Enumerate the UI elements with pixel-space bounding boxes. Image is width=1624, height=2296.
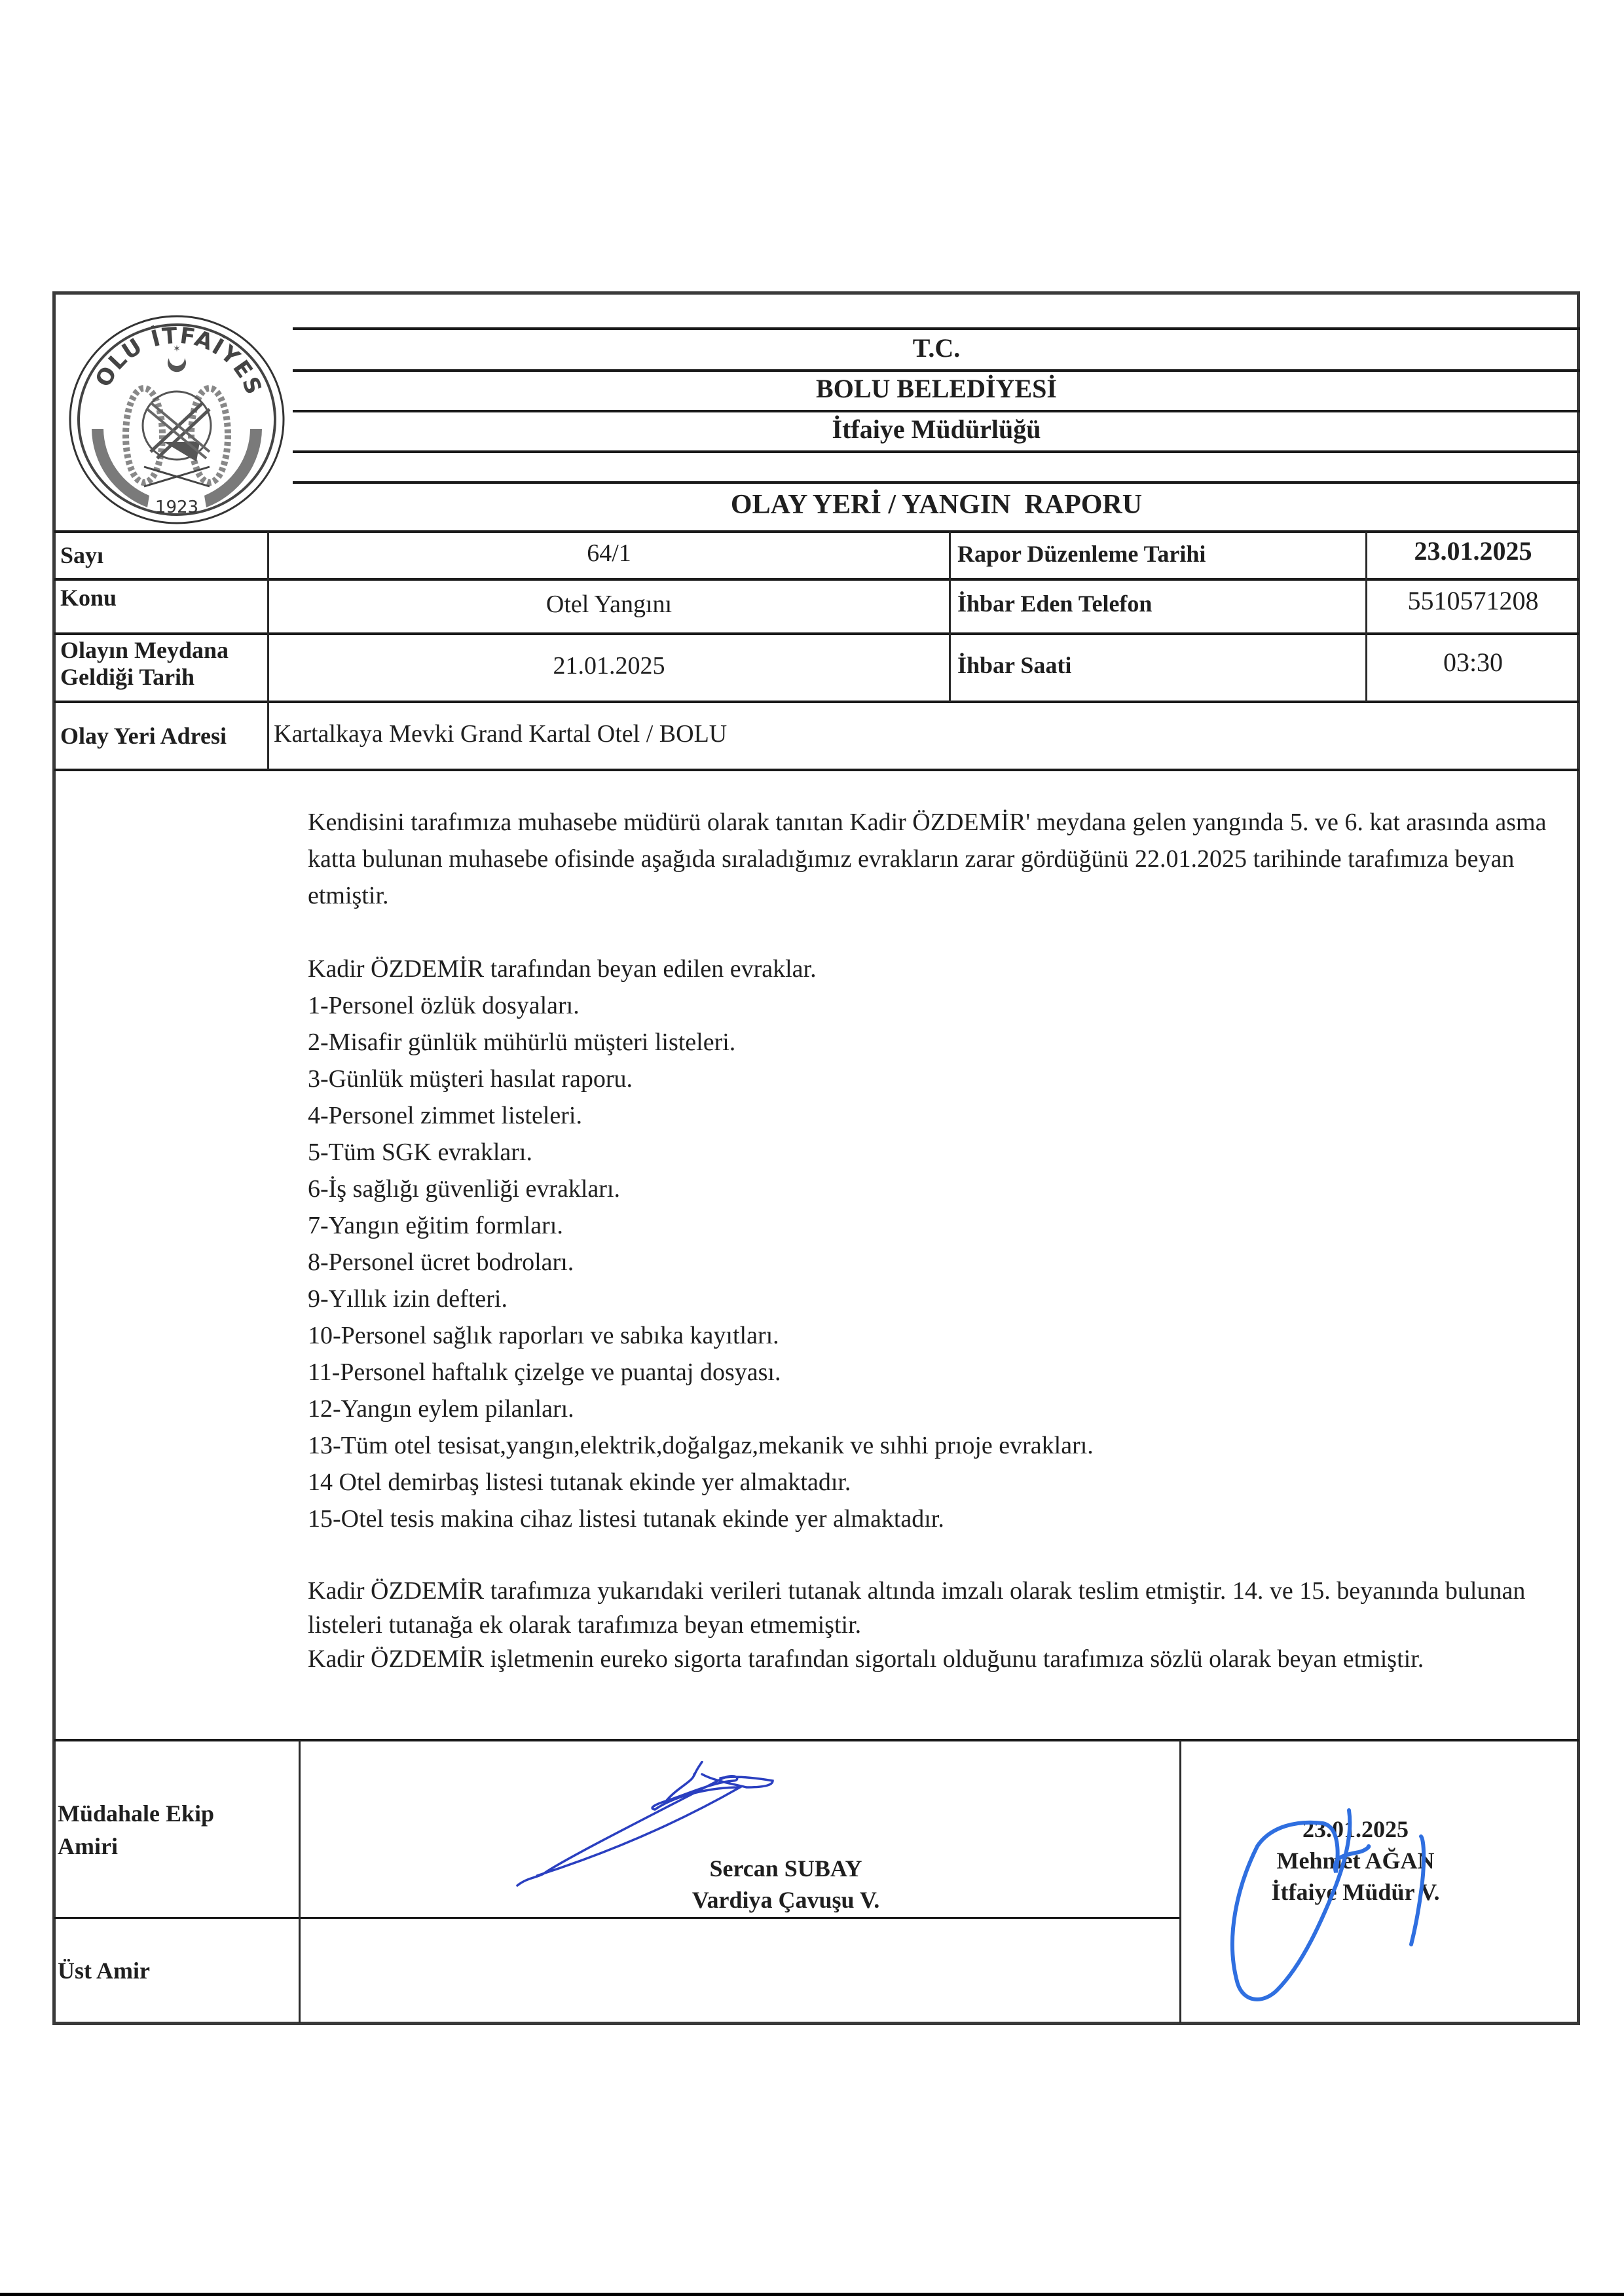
list-item: 13-Tüm otel tesisat,yangın,elektrik,doğa… xyxy=(308,1427,1572,1464)
list-item: 12-Yangın eylem pilanları. xyxy=(308,1391,1572,1427)
ihbar-saati-label: İhbar Saati xyxy=(957,652,1071,679)
list-item: 9-Yıllık izin defteri. xyxy=(308,1281,1572,1317)
signature-divider xyxy=(1179,1740,1181,2023)
list-item: 7-Yangın eğitim formları. xyxy=(308,1207,1572,1244)
list-item: 8-Personel ücret bodroları. xyxy=(308,1244,1572,1281)
page-bottom-edge xyxy=(0,2293,1624,2296)
header-rule xyxy=(293,450,1580,453)
svg-text:BOLU İTFAİYESİ: BOLU İTFAİYESİ xyxy=(65,311,267,399)
table-rule xyxy=(54,632,1579,635)
ihbar-saati-value: 03:30 xyxy=(1367,649,1579,676)
bolu-itfaiyesi-logo-icon: BOLU İTFAİYESİ ✶ 1923 xyxy=(65,311,288,527)
list-title: Kadir ÖZDEMİR tarafından beyan edilen ev… xyxy=(308,951,1572,987)
header-department: İtfaiye Müdürlüğü xyxy=(293,416,1580,443)
sayi-label: Sayı xyxy=(60,542,103,569)
ekip-amiri-name: Sercan SUBAY xyxy=(589,1853,982,1884)
olay-tarihi-label: Olayın Meydana Geldiği Tarih xyxy=(60,637,229,691)
table-divider xyxy=(949,532,951,702)
closing-paragraph-1: Kadir ÖZDEMİR tarafımıza yukarıdaki veri… xyxy=(308,1574,1572,1642)
ekip-label-line1: Müdahale Ekip xyxy=(58,1797,214,1830)
list-item: 6-İş sağlığı güvenliği evrakları. xyxy=(308,1171,1572,1207)
header-municipality: BOLU BELEDİYESİ xyxy=(293,376,1580,402)
table-divider xyxy=(267,532,269,770)
list-item: 5-Tüm SGK evrakları. xyxy=(308,1134,1572,1171)
table-rule xyxy=(54,769,1579,771)
intro-paragraph: Kendisini tarafımıza muhasebe müdürü ola… xyxy=(308,804,1572,914)
report-title: OLAY YERİ / YANGIN RAPORU xyxy=(293,491,1580,519)
report-body: Kendisini tarafımıza muhasebe müdürü ola… xyxy=(308,804,1572,1676)
header-rule xyxy=(293,369,1580,372)
svg-text:✶: ✶ xyxy=(173,344,181,354)
konu-label: Konu xyxy=(60,585,117,611)
list-item: 14 Otel demirbaş listesi tutanak ekinde … xyxy=(308,1464,1572,1501)
ust-amir-label: Üst Amir xyxy=(58,1958,150,1984)
list-item: 2-Misafir günlük mühürlü müşteri listele… xyxy=(308,1024,1572,1061)
table-rule xyxy=(54,530,1579,533)
ihbar-telefon-value: 5510571208 xyxy=(1367,588,1579,614)
signature-rule xyxy=(54,1917,1181,1919)
olay-tarihi-value: 21.01.2025 xyxy=(269,653,949,678)
olay-tarihi-label-line1: Olayın Meydana xyxy=(60,637,229,664)
rapor-tarihi-value: 23.01.2025 xyxy=(1367,538,1579,564)
rapor-tarihi-label: Rapor Düzenleme Tarihi xyxy=(957,541,1206,568)
table-rule xyxy=(54,701,1579,703)
header-rule xyxy=(293,481,1580,484)
list-item: 4-Personel zimmet listeleri. xyxy=(308,1097,1572,1134)
ekip-label-line2: Amiri xyxy=(58,1830,214,1863)
header-tc: T.C. xyxy=(293,335,1580,361)
signature-divider xyxy=(299,1740,301,2023)
header-rule xyxy=(293,327,1580,330)
list-item: 11-Personel haftalık çizelge ve puantaj … xyxy=(308,1354,1572,1391)
olay-yeri-adresi-label: Olay Yeri Adresi xyxy=(60,723,227,750)
svg-text:1923: 1923 xyxy=(155,498,198,517)
signature-mudur-icon xyxy=(1225,1807,1486,2016)
ekip-amiri-title: Vardiya Çavuşu V. xyxy=(524,1884,1048,1916)
ihbar-telefon-label: İhbar Eden Telefon xyxy=(957,591,1152,617)
signature-rule xyxy=(54,1739,1579,1741)
olay-tarihi-label-line2: Geldiği Tarih xyxy=(60,664,229,691)
konu-value: Otel Yangını xyxy=(269,592,949,617)
list-item: 10-Personel sağlık raporları ve sabıka k… xyxy=(308,1317,1572,1354)
table-rule xyxy=(54,578,1579,581)
closing-paragraph-2: Kadir ÖZDEMİR işletmenin eureko sigorta … xyxy=(308,1642,1572,1676)
olay-yeri-adresi-value: Kartalkaya Mevki Grand Kartal Otel / BOL… xyxy=(274,721,727,746)
sayi-value: 64/1 xyxy=(269,541,949,566)
list-item: 15-Otel tesis makina cihaz listesi tutan… xyxy=(308,1501,1572,1537)
list-item: 3-Günlük müşteri hasılat raporu. xyxy=(308,1061,1572,1097)
list-item: 1-Personel özlük dosyaları. xyxy=(308,987,1572,1024)
header-rule xyxy=(293,410,1580,412)
mudahale-ekip-amiri-label: Müdahale Ekip Amiri xyxy=(58,1797,214,1863)
